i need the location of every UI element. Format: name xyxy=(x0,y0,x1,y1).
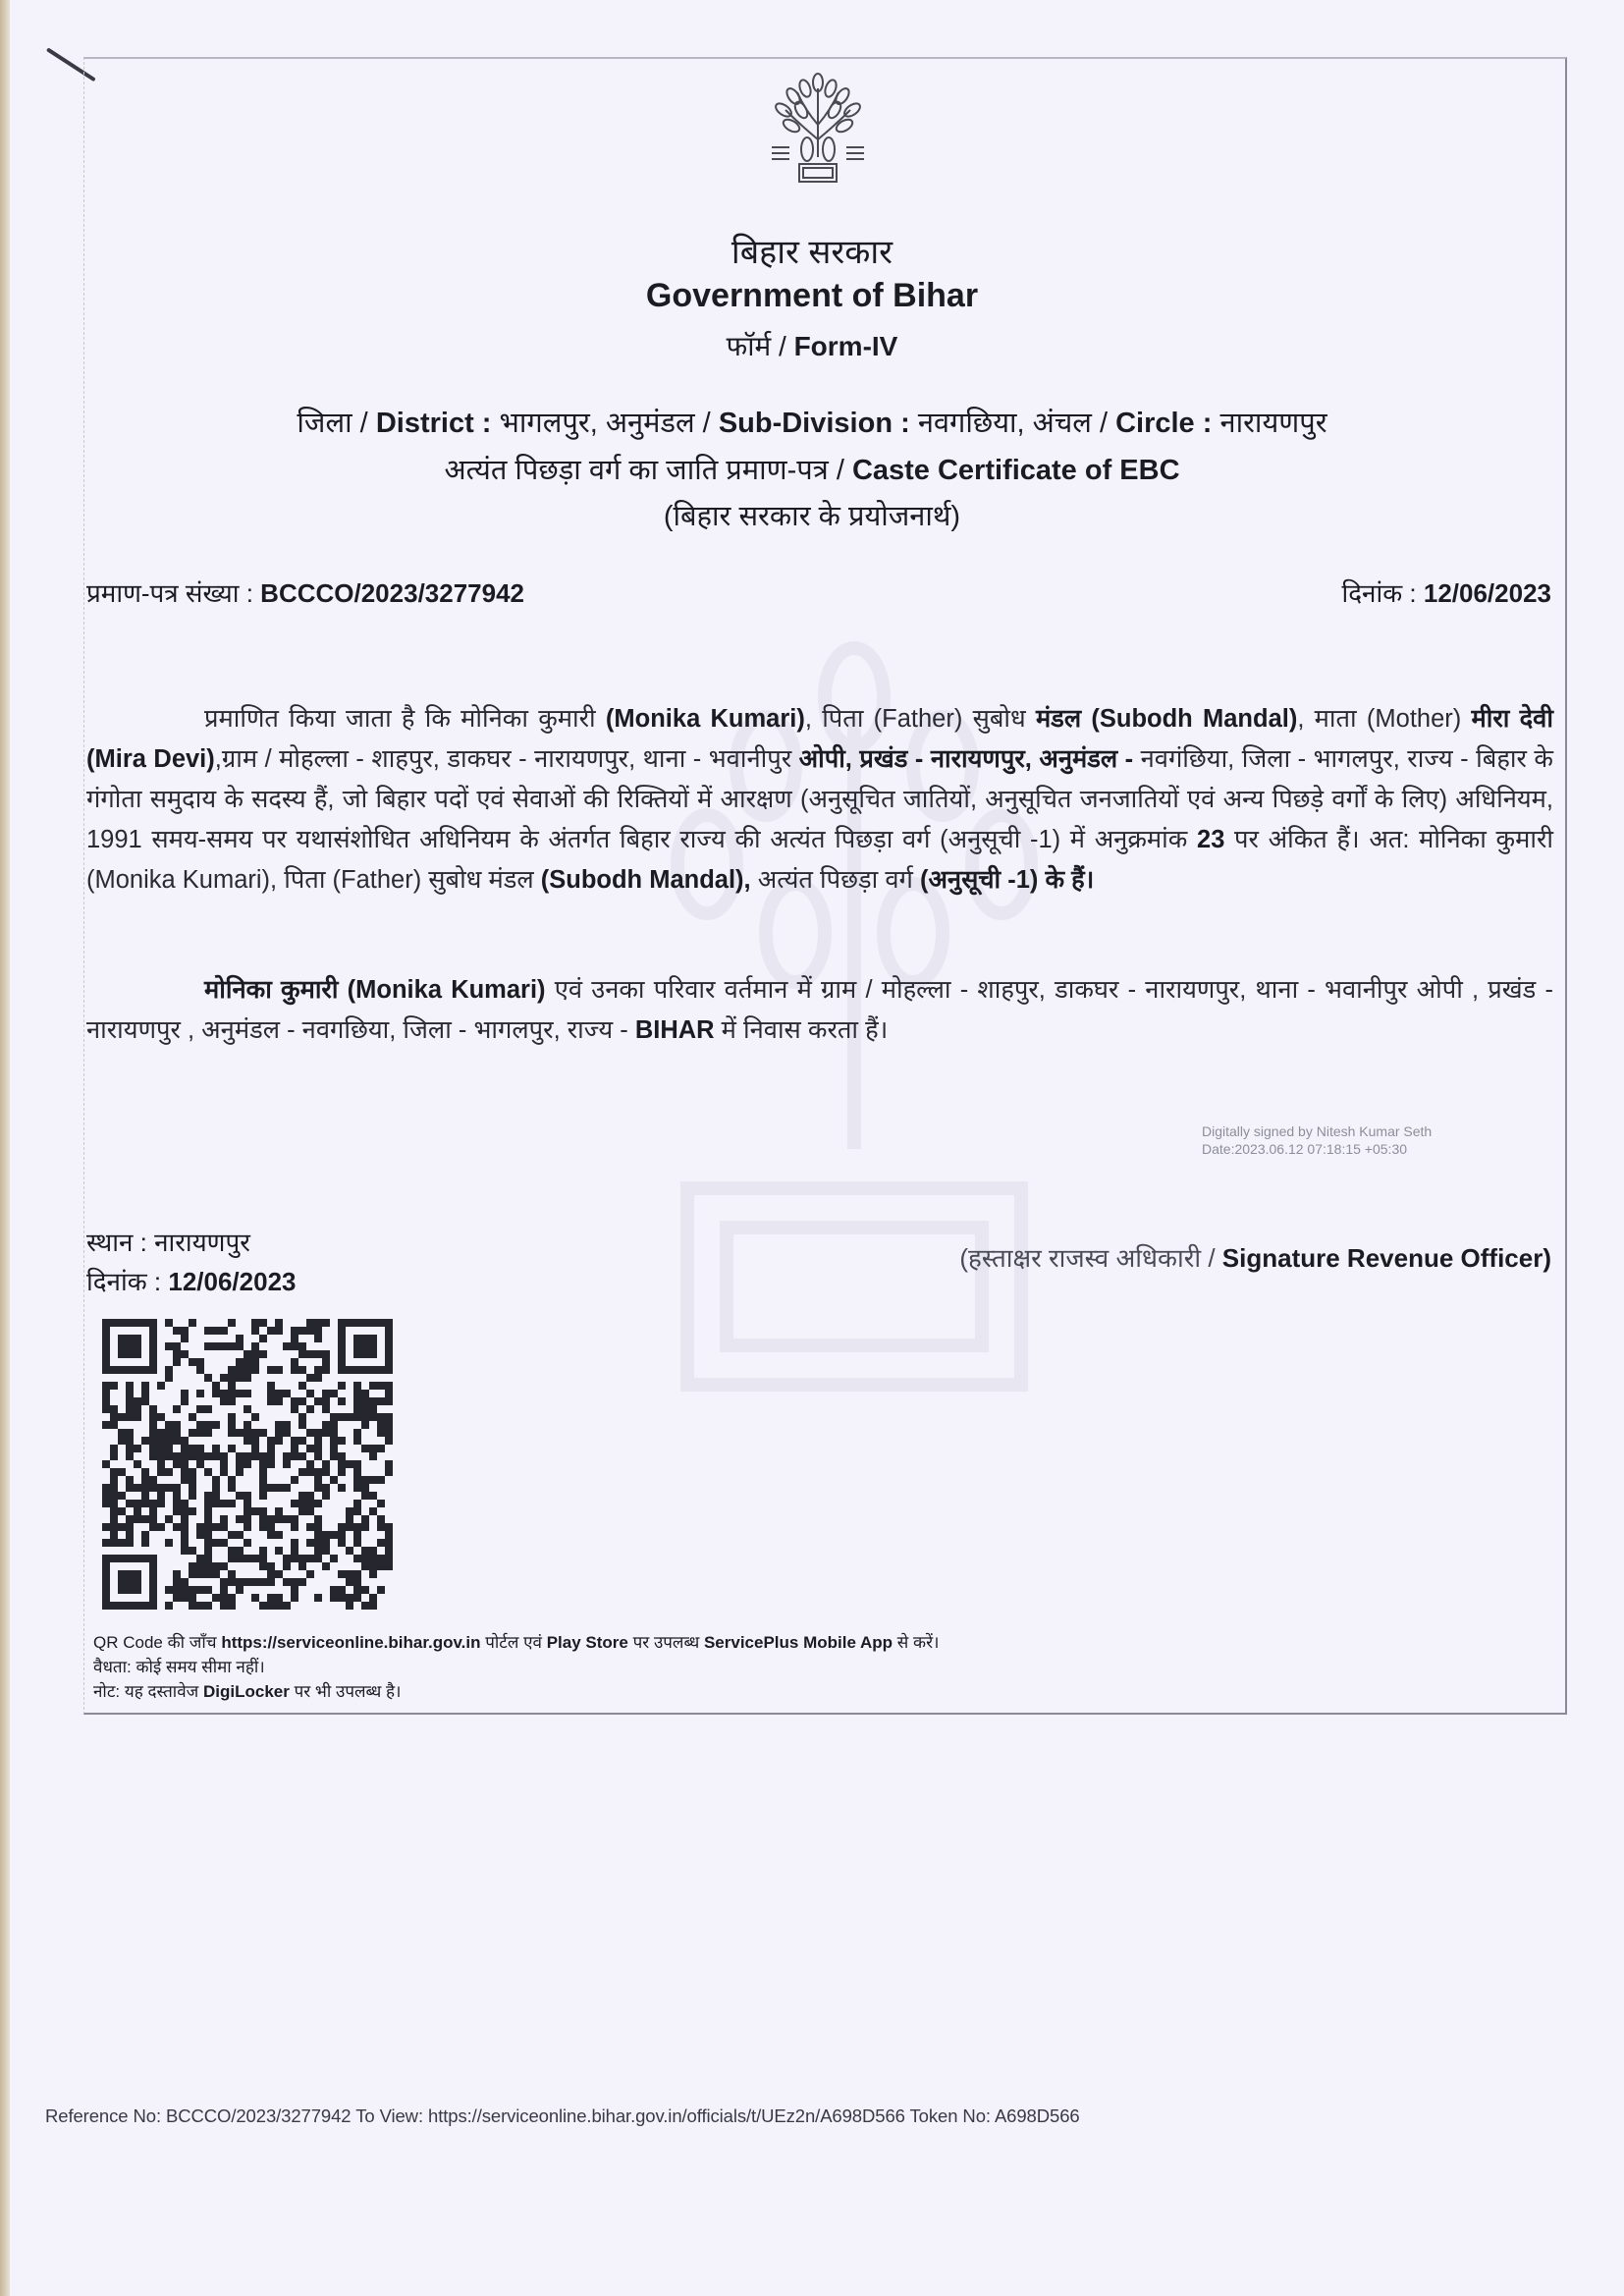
residence-paragraph: मोनिका कुमारी (Monika Kumari) एवं उनका प… xyxy=(86,970,1553,1051)
para1-text-7: अत्यंत पिछड़ा वर्ग xyxy=(758,866,913,894)
digital-signature: Digitally signed by Nitesh Kumar Seth Da… xyxy=(1202,1122,1432,1158)
state-name: BIHAR xyxy=(635,1016,715,1044)
certificate-purpose: (बिहार सरकार के प्रयोजनार्थ) xyxy=(0,496,1624,534)
place-and-date: स्थान : नारायणपुर दिनांक : 12/06/2023 xyxy=(86,1223,297,1301)
applicant-name: (Monika Kumari) xyxy=(606,705,805,733)
digilocker-note: नोट: यह दस्तावेज DigiLocker पर भी उपलब्ध… xyxy=(93,1679,939,1704)
qr-code-icon[interactable] xyxy=(102,1319,393,1610)
circle-value: नारायणपुर xyxy=(1219,408,1326,439)
para1-text-3: , माता (Mother) xyxy=(1297,705,1461,733)
certificate-title-english: Caste Certificate of EBC xyxy=(852,455,1180,486)
district-label-hindi: जिला / xyxy=(297,408,367,439)
para1-text-1: प्रमाणित किया जाता है कि मोनिका कुमारी xyxy=(204,705,596,733)
bihar-emblem-icon xyxy=(756,71,880,189)
sign-date-row: दिनांक : 12/06/2023 xyxy=(86,1262,297,1301)
subdivision-value: नवगछिया, अंचल / xyxy=(918,408,1108,439)
note-text: QR Code की जाँच xyxy=(93,1633,217,1652)
para1-text-4: ,ग्राम / मोहल्ला - शाहपुर, डाकघर - नाराय… xyxy=(215,745,791,773)
form-label-hindi: फॉर्म / xyxy=(727,331,786,361)
para1-bold-6: (Subodh Mandal), xyxy=(541,866,751,894)
note-text: से करें। xyxy=(897,1633,940,1652)
subdivision-label: Sub-Division : xyxy=(719,408,910,439)
note-text: पोर्टल एवं xyxy=(485,1633,542,1652)
digital-signature-date: Date:2023.06.12 07:18:15 +05:30 xyxy=(1202,1140,1432,1158)
place-row: स्थान : नारायणपुर xyxy=(86,1223,297,1262)
qr-verify-note: QR Code की जाँच https://serviceonline.bi… xyxy=(93,1630,939,1655)
government-name-hindi: बिहार सरकार xyxy=(0,228,1624,273)
certificate-number-value: BCCCO/2023/3277942 xyxy=(260,578,524,608)
digilocker-label: DigiLocker xyxy=(203,1682,290,1701)
sign-date-value: 12/06/2023 xyxy=(168,1267,296,1296)
circle-label: Circle : xyxy=(1115,408,1212,439)
schedule-label: (अनुसूची -1) के हैं। xyxy=(920,866,1094,894)
note-text: पर उपलब्ध xyxy=(633,1633,700,1652)
district-label: District : xyxy=(376,408,492,439)
government-name-english: Government of Bihar xyxy=(0,277,1624,315)
certificate-title: अत्यंत पिछड़ा वर्ग का जाति प्रमाण-पत्र /… xyxy=(0,450,1624,488)
form-number: फॉर्म / Form-IV xyxy=(0,327,1624,364)
certificate-number: प्रमाण-पत्र संख्या : BCCCO/2023/3277942 xyxy=(86,574,524,610)
issue-date: दिनांक : 12/06/2023 xyxy=(1342,574,1552,610)
form-label-english: Form-IV xyxy=(794,331,898,361)
para1-text-2: , पिता (Father) सुबोध xyxy=(805,705,1026,733)
para1-bold-4: ओपी, प्रखंड - नारायणपुर, अनुमंडल - xyxy=(799,745,1134,773)
certificate-title-hindi: अत्यंत पिछड़ा वर्ग का जाति प्रमाण-पत्र / xyxy=(444,455,843,486)
place-value: नारायणपुर xyxy=(154,1228,250,1257)
father-name: मंडल (Subodh Mandal) xyxy=(1036,705,1297,733)
serviceplus-app-label: ServicePlus Mobile App xyxy=(704,1633,893,1652)
reference-footer: Reference No: BCCCO/2023/3277942 To View… xyxy=(45,2105,1080,2127)
certificate-number-label: प्रमाण-पत्र संख्या : xyxy=(86,578,253,608)
digital-signature-signer: Digitally signed by Nitesh Kumar Seth xyxy=(1202,1122,1432,1140)
certification-paragraph: प्रमाणित किया जाता है कि मोनिका कुमारी (… xyxy=(86,699,1553,901)
signature-label-hindi: (हस्ताक्षर राजस्व अधिकारी / xyxy=(959,1243,1215,1273)
place-label: स्थान : xyxy=(86,1228,147,1257)
district-value: भागलपुर, अनुमंडल / xyxy=(500,408,711,439)
serial-number: 23 xyxy=(1197,826,1224,853)
verification-notes: QR Code की जाँच https://serviceonline.bi… xyxy=(93,1630,939,1704)
validity-note: वैधता: कोई समय सीमा नहीं। xyxy=(93,1655,939,1679)
signature-label-english: Signature Revenue Officer) xyxy=(1222,1243,1551,1273)
resident-name: मोनिका कुमारी (Monika Kumari) xyxy=(204,976,546,1004)
note-text: पर भी उपलब्ध है। xyxy=(295,1682,402,1701)
issue-date-value: 12/06/2023 xyxy=(1424,578,1551,608)
play-store-label: Play Store xyxy=(547,1633,628,1652)
signature-revenue-officer: (हस्ताक्षर राजस्व अधिकारी / Signature Re… xyxy=(959,1239,1551,1275)
verify-portal-link[interactable]: https://serviceonline.bihar.gov.in xyxy=(221,1633,480,1652)
note-text: नोट: यह दस्तावेज xyxy=(93,1682,198,1701)
issue-date-label: दिनांक : xyxy=(1342,578,1417,608)
para2-text-2: में निवास करता हैं। xyxy=(722,1016,889,1044)
location-line: जिला / District : भागलपुर, अनुमंडल / Sub… xyxy=(0,403,1624,441)
sign-date-label: दिनांक : xyxy=(86,1267,161,1296)
